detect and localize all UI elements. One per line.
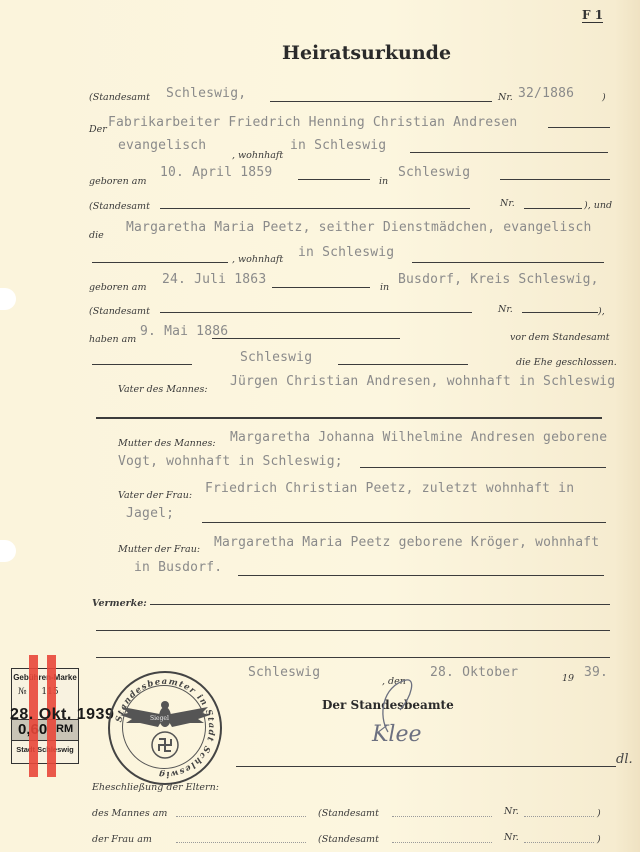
document-title: Heiratsurkunde [282,42,451,64]
label-vor-dem-standesamt: vor dem Standesamt [510,332,610,343]
rule [522,312,598,313]
label-standesamt: (Standesamt [318,834,379,845]
rule [412,262,604,263]
number-label: № [18,687,27,697]
label-mutter-der-frau: Mutter der Frau: [118,544,200,555]
marriage-date: 9. Mai 1886 [140,324,228,339]
groom-residence: in Schleswig [290,138,386,153]
issuance-place: Schleswig [248,665,320,680]
connector-und: ), und [584,200,612,211]
dotted-field [176,816,306,817]
label-der: Der [89,124,107,135]
bride-residence: in Schleswig [298,245,394,260]
label-geboren: geboren am [89,176,146,187]
fee-currency: RM [56,723,73,735]
groom-mother-line1: Margaretha Johanna Wilhelmine Andresen g… [230,430,607,445]
label-haben-am: haben am [89,334,136,345]
label-vermerke: Vermerke: [92,598,147,609]
bracket: ) [597,808,601,819]
bride-mother-line2: in Busdorf. [134,560,222,575]
bracket: ), [598,306,605,317]
rule [238,575,604,576]
label-standesamt: (Standesamt [89,306,150,317]
clerk-initials: dl. [616,752,633,767]
rule [202,522,606,523]
rule [360,467,606,468]
official-seal: Standesbeamter in Stadt Schleswig Siegel [108,671,222,785]
groom-mother-line2: Vogt, wohnhaft in Schleswig; [118,454,343,469]
signature-line [236,766,616,767]
registry-number: 32/1886 [518,86,574,101]
dotted-field [392,842,492,843]
eagle-emblem-icon [118,693,212,763]
rule [272,287,370,288]
label-nr: Nr. [500,198,515,209]
rule [96,417,602,419]
remarks-line [150,604,610,605]
rule [270,101,492,102]
rule [410,152,608,153]
label-geboren: geboren am [89,282,146,293]
label-die: die [89,230,104,241]
seal-center-label: Siegel [150,715,169,722]
groom-birth-place: Schleswig [398,165,470,180]
rule [338,364,468,365]
rule [160,312,472,313]
label-standesamt: (Standesamt [89,92,150,103]
rule [92,364,192,365]
bride-mother-line1: Margaretha Maria Peetz geborene Kröger, … [214,535,599,550]
bride-father-line2: Jagel; [126,506,174,521]
form-id: F 1 [582,8,603,23]
label-standesamt: (Standesamt [89,201,150,212]
label-century: 19 [562,673,574,684]
rule [524,208,582,209]
rule [298,179,370,180]
label-standesamt: (Standesamt [318,808,379,819]
fee-stamp-header: Gebühren-Marke [12,673,78,682]
groom-name: Fabrikarbeiter Friedrich Henning Christi… [108,115,517,130]
rule [548,127,610,128]
bride-father-line1: Friedrich Christian Peetz, zuletzt wohnh… [205,481,574,496]
label-wohnhaft: , wohnhaft [232,150,283,161]
remarks-line [96,630,610,631]
date-cancellation-stamp: 28. Okt. 1939 [10,706,114,724]
label-vater-der-frau: Vater der Frau: [118,490,192,501]
issuance-year: 39. [584,665,608,680]
label-ehe-geschlossen: die Ehe geschlossen. [516,357,617,368]
label-nr: Nr. [504,806,519,817]
dotted-field [176,842,306,843]
registry-office: Schleswig, [166,86,246,101]
rule [160,208,470,209]
rule [92,262,228,263]
label-des-mannes-am: des Mannes am [92,808,167,819]
remarks-line [96,657,610,658]
label-mutter-des-mannes: Mutter des Mannes: [118,438,216,449]
label-eheschliessung-eltern: Eheschließung der Eltern: [92,782,219,793]
dotted-field [524,842,594,843]
bride-name: Margaretha Maria Peetz, seither Dienstmä… [126,220,592,235]
groom-religion: evangelisch [118,138,206,153]
label-wohnhaft: , wohnhaft [232,254,283,265]
signature-loop [370,676,420,736]
groom-birth-date: 10. April 1859 [160,165,272,180]
dotted-field [392,816,492,817]
label-vater-des-mannes: Vater des Mannes: [118,384,208,395]
groom-father: Jürgen Christian Andresen, wohnhaft in S… [230,374,615,389]
dotted-field [524,816,594,817]
fee-issuer: Stadt Schleswig [12,745,78,754]
marriage-office: Schleswig [240,350,312,365]
bride-birth-place: Busdorf, Kreis Schleswig, [398,272,599,287]
bride-birth-date: 24. Juli 1863 [162,272,266,287]
label-nr: Nr. [504,832,519,843]
issuance-date: 28. Oktober [430,665,518,680]
rule [212,338,400,339]
label-nr: Nr. [498,92,513,103]
bracket: ) [602,92,606,103]
label-in: in [379,176,388,187]
bracket: ) [597,834,601,845]
label-der-frau-am: der Frau am [92,834,152,845]
rule [500,179,610,180]
label-in: in [380,282,389,293]
label-nr: Nr. [498,304,513,315]
